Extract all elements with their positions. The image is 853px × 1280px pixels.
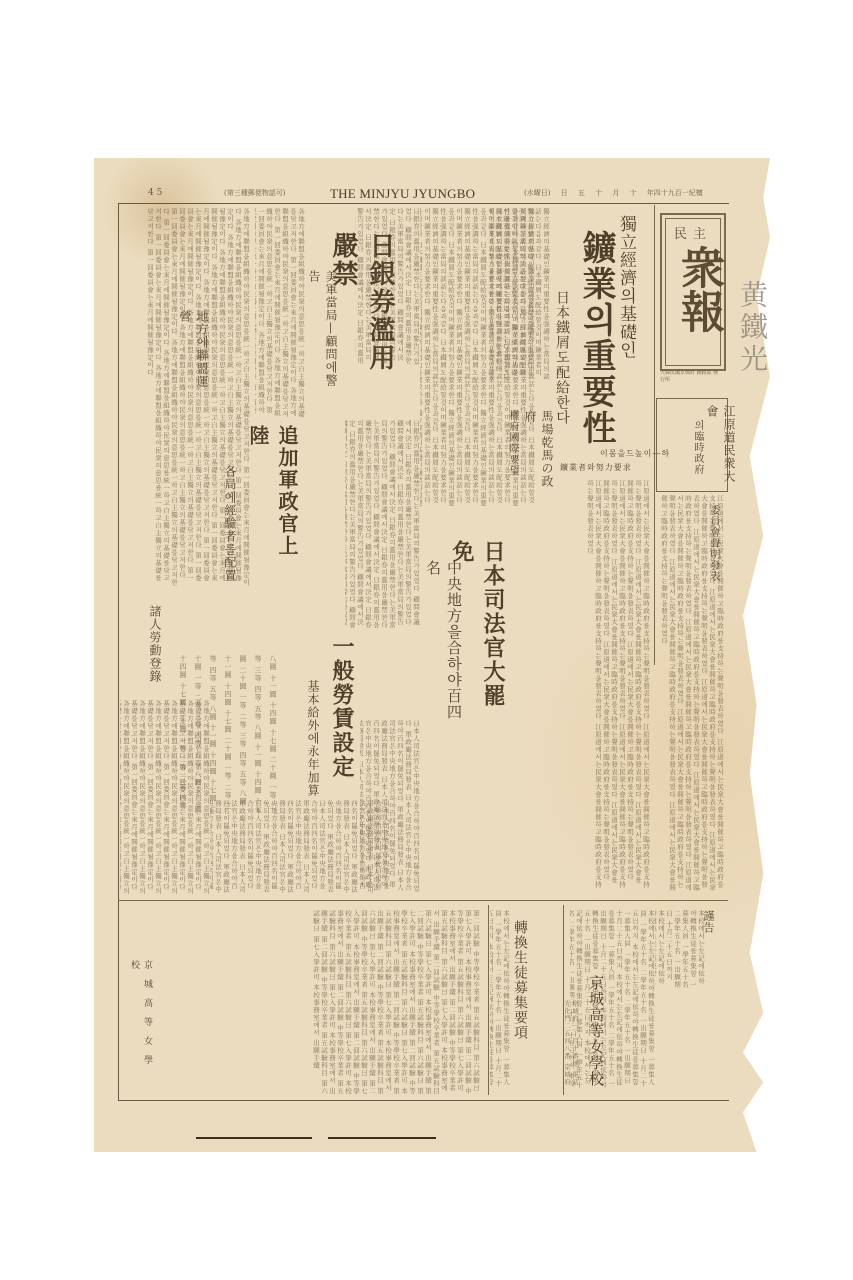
nameplate-big: 衆報 — [662, 245, 724, 333]
page-number: 4 5 — [148, 188, 162, 198]
column-rule — [654, 205, 655, 665]
wages-body-text: 日本人司法官은中央地方을合하야百四名이罷免되었다 軍政廳法務局發表 日本人司法官… — [210, 800, 390, 895]
boj-subheadline: 美軍當局—顧問에警告 — [306, 270, 340, 390]
lead-deck-2: 鑛業者와努力要求 — [560, 462, 632, 476]
school-address: 京城府一丁目十番地 電話光化門二五四八番 京城府一丁目十番地 電話光化門二五四八… — [565, 1000, 579, 1090]
labor-body-text: 各地方에聯盟을組織하야民衆의意思를統一하고自主獨立의基礎를닦고저한다 第一回委員… — [120, 700, 210, 895]
issue-date: (水曜日) 日 五 十 月 十 年四十九百一紀檀 — [524, 188, 703, 198]
right-body-text: 江原道에서는民衆大會를開催하고臨時政府를支持하는聲明을發表하였다 江原道에서는民… — [490, 480, 650, 890]
bottom-body-text: 第二回試驗 中等學校卒業者 第五試驗科目 第六試驗日 第七入學許可 本校事務室에… — [150, 910, 480, 1095]
column-rule — [488, 905, 489, 1095]
handwritten-note: 黄鐵光 — [732, 280, 772, 376]
column-rule — [563, 905, 564, 1095]
article-body-text: 獨立經濟의基礎인鑛業의重要性을强調하는當局의談話는다음과같다 日本鐵屑도配給할것… — [420, 208, 535, 508]
left-body-text: 各地方에聯盟을組織하야民衆의意思를統一하고自主獨立의基礎를닦고저한다 第一回委員… — [255, 208, 305, 418]
nameplate: 民主 衆報 — [660, 213, 726, 371]
school-name: 京城高等女學校 — [586, 975, 607, 1095]
gangwon-subheadline: 의臨時政府 — [690, 420, 705, 480]
notice-body-text: 本校에서는左記에依하야轉換生徒를募集함 一募集人員 一學年五十名 二學年五十名 … — [655, 910, 705, 990]
exchange-headline: 轉換生徒募集要項 — [510, 920, 530, 1040]
labor-registration-headline: 諸人勞動登錄 — [147, 605, 164, 695]
footer-rule — [328, 1137, 436, 1139]
signature: 京城高等女學校 — [128, 960, 154, 1080]
gangwon-body-text: 江原道에서는民衆大會를開催하고臨時政府를支持하는聲明을發表하였다 江原道에서는民… — [656, 495, 724, 895]
extra-officers-headline: 追加軍政官上陸 — [244, 425, 302, 565]
gangwon-headline: 江原道民衆大會 — [704, 405, 738, 495]
mid-body-text: 日銀券의濫用을嚴禁한다는美軍當局의警告가있었다 顧問會議에서決定 日銀券의濫用을… — [345, 420, 420, 630]
wages-subheadline: 基本給外에永年加算 — [305, 680, 322, 800]
nameplate-small: 民主 — [662, 223, 724, 242]
boj-body-text: 日銀券의濫用을嚴禁한다는美軍當局의警告가있었다 顧問會議에서決定 日銀券의濫用을… — [355, 208, 420, 368]
nameplate-info: 大韓民國京城府 鍾路區 發行所 — [660, 370, 722, 384]
footer-rule — [196, 1137, 312, 1139]
notice-terms-text: 本校에서는左記에依하야轉換生徒를募集함 一募集人員 一學年五十名 二學年五十名 … — [570, 910, 655, 1090]
section-divider — [118, 900, 728, 901]
judges-subheadline: 中央地方을合하야百四名 — [423, 560, 465, 720]
wages-headline: 一般勞賃設定 — [327, 635, 358, 795]
masthead: 4 5 (第三種郵便物認可) THE MINJYU JYUNGBO (水曜日) … — [124, 186, 744, 202]
exchange-body-text: 本校에서는左記에依하야轉換生徒를募集함 一募集人員 一學年五十名 二學年五十名 … — [490, 910, 510, 1090]
newspaper-title: THE MINJYU JYUNGBO — [330, 186, 475, 202]
far-left-body-text: 各地方에聯盟을組織하야民衆의意思를統一하고自主獨立의基礎를닦고저한다 第一回委員… — [120, 208, 250, 588]
postal-note: (第三種郵便物認可) — [224, 188, 285, 198]
